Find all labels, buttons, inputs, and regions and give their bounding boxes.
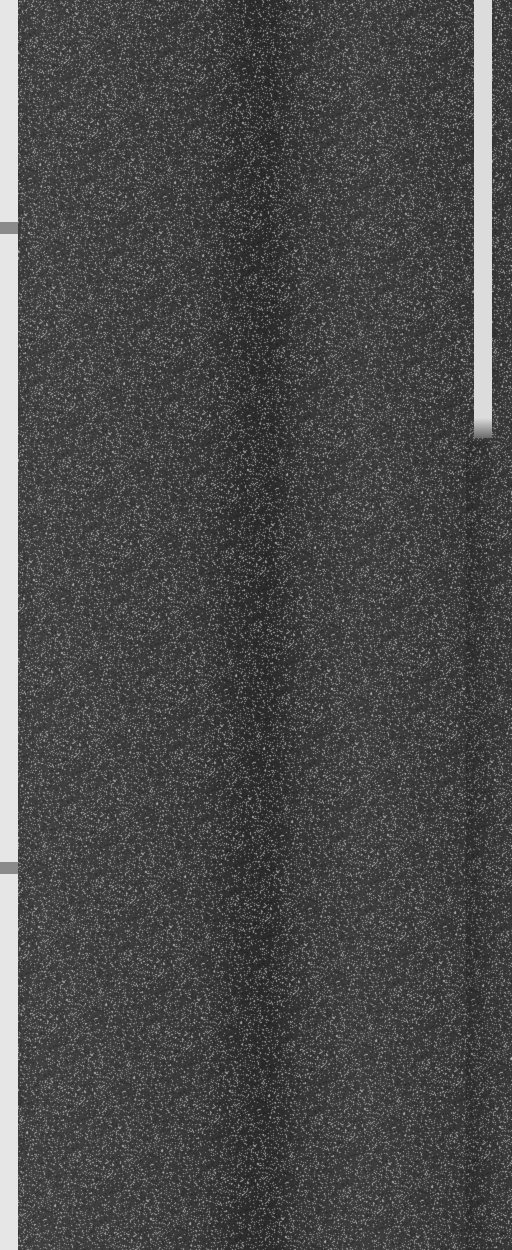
left-lane-line — [0, 874, 18, 1250]
left-line-seam — [0, 222, 18, 234]
left-lane-line — [0, 234, 18, 862]
road-scene — [0, 0, 512, 1250]
right-lane-dash — [474, 0, 492, 438]
right-shoulder-shade — [466, 440, 512, 1250]
asphalt-texture — [0, 0, 512, 1250]
left-line-seam — [0, 862, 18, 874]
left-lane-line — [0, 0, 18, 222]
